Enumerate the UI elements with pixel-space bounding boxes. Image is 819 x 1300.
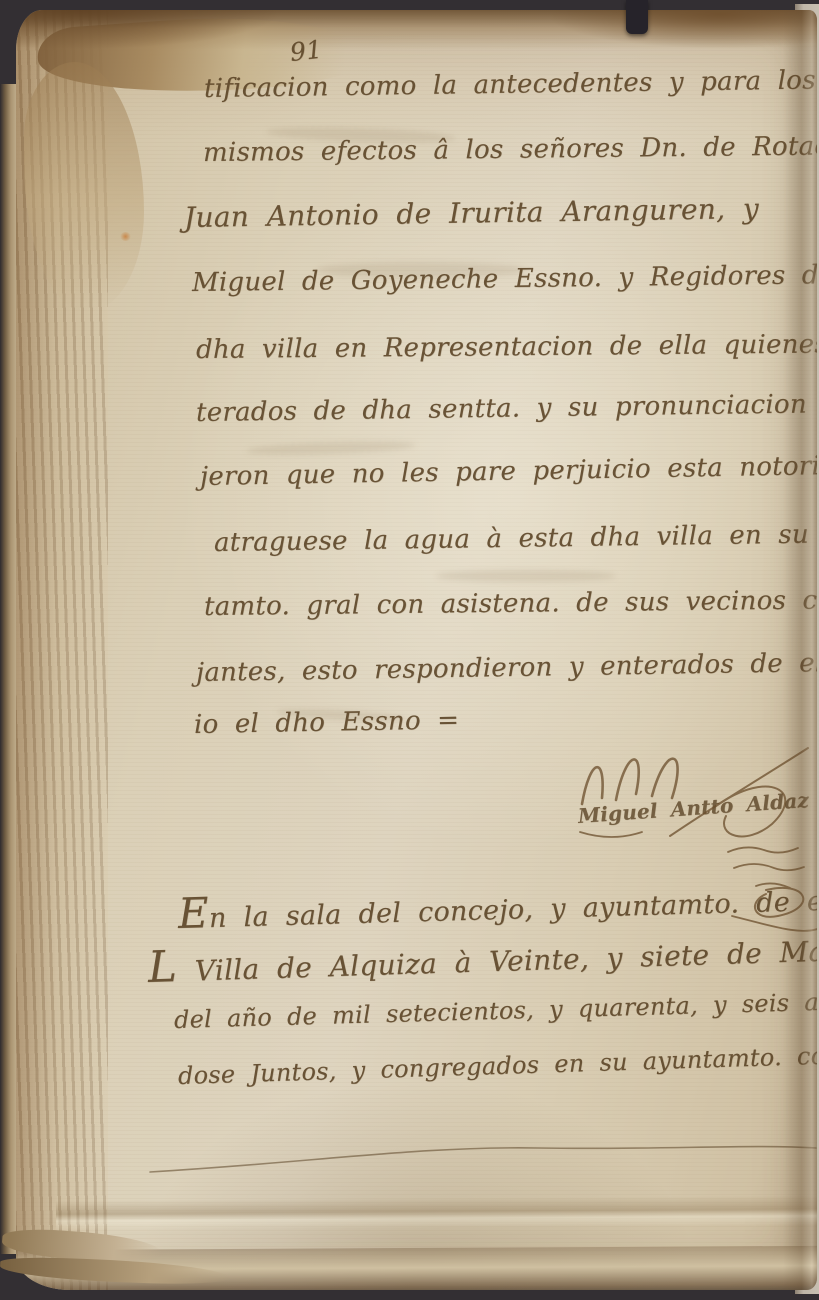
- manuscript-line-13: L Villa de Alquiza à Veinte, y siete de …: [147, 925, 817, 990]
- manuscript-line-10: jantes, esto respondieron y enterados de…: [196, 649, 817, 686]
- bleedthrough-mark: [246, 439, 416, 457]
- manuscript-line-3: Juan Antonio de Irurita Aranguren, y: [184, 195, 759, 232]
- manuscript-line-2: mismos efectos â los señores Dn. de Rota…: [203, 133, 817, 166]
- manuscript-line-9: tamto. gral con asistena. de sus vecinos…: [204, 587, 817, 620]
- manuscript-photo: 91 tificacion como la antecedentes y par…: [0, 0, 819, 1300]
- page-curve-shadow: [783, 10, 817, 1290]
- manuscript-line-7: jeron que no les pare perjuicio esta not…: [200, 452, 817, 490]
- manuscript-line-4: Miguel de Goyeneche Essno. y Regidores d…: [192, 261, 817, 296]
- top-clamp-tab: [626, 0, 648, 34]
- ink-stain: [120, 232, 131, 241]
- deckle-edge-top: [16, 10, 817, 50]
- manuscript-line-8: atraguese la agua à esta dha villa en su…: [214, 521, 817, 556]
- manuscript-line-11: io el dho Essno =: [194, 707, 460, 738]
- hand-drawn-rule: [16, 1120, 817, 1190]
- manuscript-line-14: del año de mil setecientos, y quarenta, …: [174, 989, 817, 1032]
- manuscript-line-1: tificacion como la antecedentes y para l…: [204, 67, 816, 102]
- manuscript-line-5: dha villa en Representacion de ella quie…: [196, 331, 817, 363]
- manuscript-page: 91 tificacion como la antecedentes y par…: [16, 10, 817, 1290]
- bleedthrough-mark: [436, 570, 616, 582]
- page-fold-crease: [56, 1195, 817, 1230]
- manuscript-line-6: terados de dha sentta. y su pronunciacio…: [196, 391, 817, 426]
- page-number: 91: [289, 37, 324, 65]
- manuscript-line-15: dose Juntos, y congregados en su ayuntam…: [178, 1042, 817, 1088]
